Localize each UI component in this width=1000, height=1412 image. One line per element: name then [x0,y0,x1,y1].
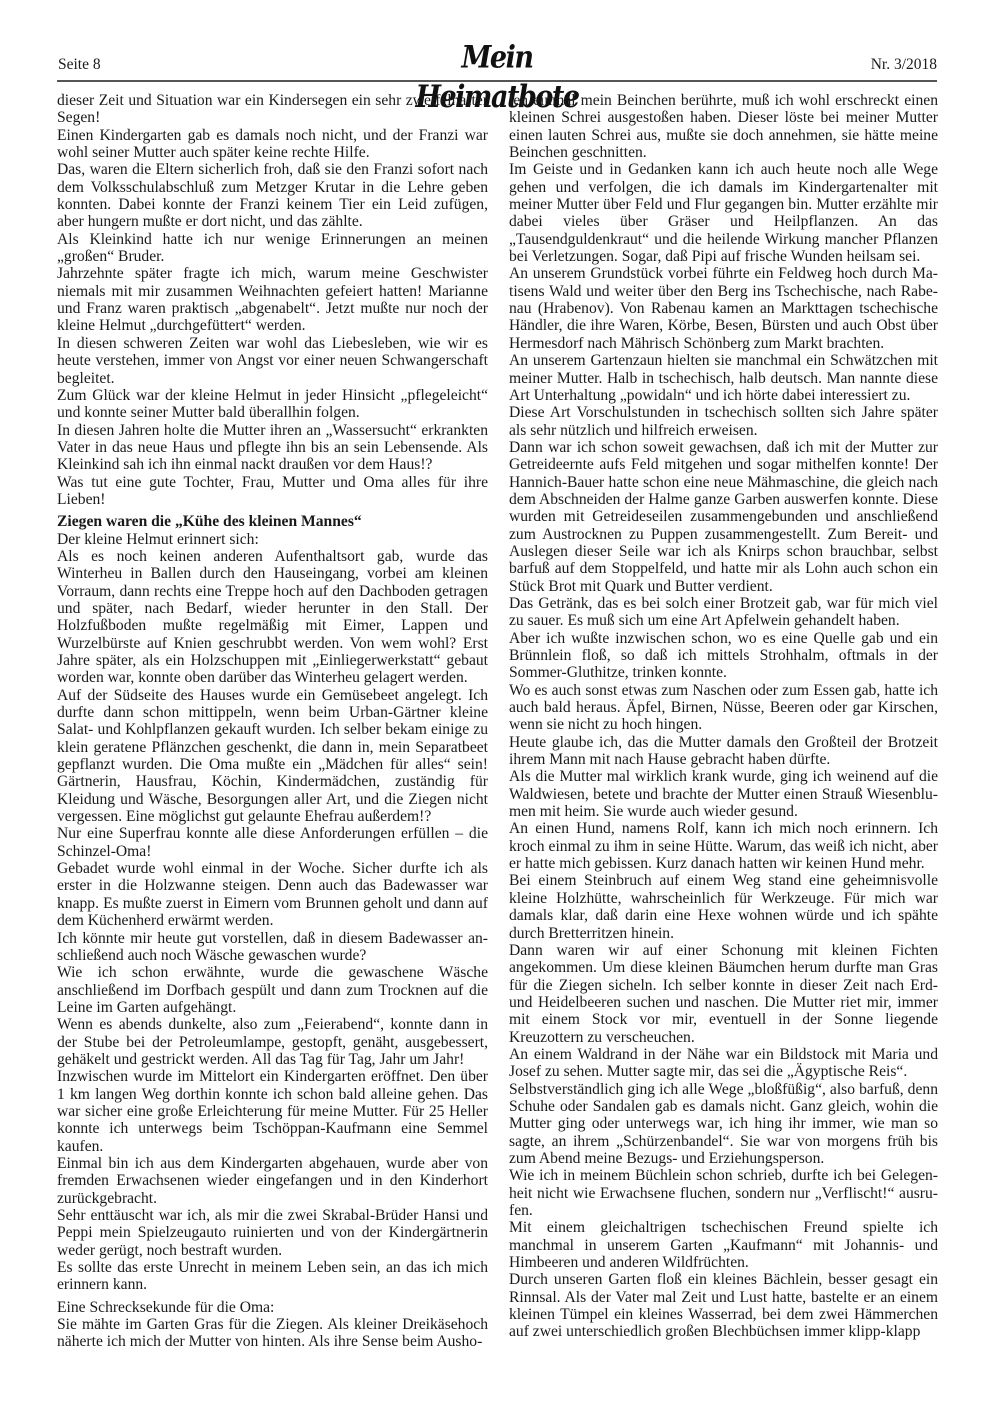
right-column: len einmal mein Beinchen berührte, muß i… [509,92,938,1341]
body-paragraph: Im Geiste und in Gedanken kann ich auch … [509,161,938,265]
body-paragraph: An unserem Gartenzaun hielten sie manchm… [509,352,938,404]
body-paragraph: Wie ich schon erwähnte, wurde die gewasc… [57,964,488,1016]
body-paragraph: Aber ich wußte inzwischen schon, wo es e… [509,630,938,682]
body-paragraph: Nur eine Superfrau konnte alle diese Anf… [57,825,488,860]
body-paragraph: Durch unseren Garten floß ein kleines Bä… [509,1271,938,1340]
body-paragraph: Wo es auch sonst etwas zum Naschen oder … [509,682,938,734]
body-paragraph: dieser Zeit und Situation war ein Kinder… [57,92,488,127]
body-paragraph: In diesen Jahren holte die Mutter ihren … [57,422,488,474]
body-paragraph: Das, waren die Eltern sicherlich froh, d… [57,161,488,230]
body-paragraph: In diesen schweren Zeiten war wohl das L… [57,335,488,387]
body-paragraph: Wenn es abends dunkelte, also zum „Feier… [57,1016,488,1068]
page-number: Seite 8 [58,56,101,74]
issue-number: Nr. 3/2018 [871,56,937,74]
body-paragraph: Inzwischen wurde im Mittelort ein Kinder… [57,1068,488,1155]
page-header: Seite 8 Mein Heimatbote Nr. 3/2018 [57,44,937,80]
body-paragraph: Als Kleinkind hatte ich nur wenige Erinn… [57,231,488,266]
subheading-paragraph: Eine Schrecksekunde für die Oma: [57,1299,488,1316]
body-paragraph: Selbstverständlich ging ich alle Wege „b… [509,1081,938,1168]
body-paragraph: Jahrzehnte später fragte ich mich, warum… [57,265,488,334]
body-paragraph: Als es noch keinen anderen Aufenthaltsor… [57,548,488,687]
body-paragraph: Gebadet wurde wohl einmal in der Woche. … [57,860,488,929]
body-paragraph: An unserem Grundstück vorbei führte ein … [509,265,938,352]
body-paragraph: Diese Art Vorschulstunden in tschechisch… [509,404,938,439]
body-paragraph: Zum Glück war der kleine Helmut in jeder… [57,387,488,422]
body-paragraph: len einmal mein Beinchen berührte, muß i… [509,92,938,161]
body-paragraph: Mit einem gleichaltrigen tschechischen F… [509,1219,938,1271]
body-paragraph: Dann war ich schon soweit gewachsen, daß… [509,439,938,595]
body-paragraph: Einmal bin ich aus dem Kindergarten abge… [57,1155,488,1207]
header-rule [57,80,937,82]
body-paragraph: Heute glaube ich, das die Mutter damals … [509,734,938,769]
section-heading: Ziegen waren die „Kühe des kleinen Manne… [57,513,488,530]
body-paragraph: An einem Waldrand in der Nähe war ein Bi… [509,1046,938,1081]
left-column: dieser Zeit und Situation war ein Kinder… [57,92,488,1351]
body-paragraph: Als die Mutter mal wirklich krank wurde,… [509,768,938,820]
body-paragraph: Sie mähte im Garten Gras für die Ziegen.… [57,1316,488,1351]
body-paragraph: Bei einem Steinbruch auf einem Weg stand… [509,872,938,941]
body-paragraph: Ich könnte mir heute gut vorstellen, daß… [57,930,488,965]
body-paragraph: Der kleine Helmut erinnert sich: [57,531,488,548]
body-paragraph: Dann waren wir auf einer Schonung mit kl… [509,942,938,1046]
body-paragraph: Was tut eine gute Tochter, Frau, Mutter … [57,474,488,509]
body-paragraph: Es sollte das erste Unrecht in meinem Le… [57,1259,488,1294]
body-paragraph: An einen Hund, namens Rolf, kann ich mic… [509,820,938,872]
body-paragraph: Wie ich in meinem Büchlein schon schrieb… [509,1167,938,1219]
body-paragraph: Auf der Südseite des Hauses wurde ein Ge… [57,687,488,826]
body-paragraph: Das Getränk, das es bei solch einer Brot… [509,595,938,630]
body-paragraph: Sehr enttäuscht war ich, als mir die zwe… [57,1207,488,1259]
body-paragraph: Einen Kindergarten gab es damals noch ni… [57,127,488,162]
